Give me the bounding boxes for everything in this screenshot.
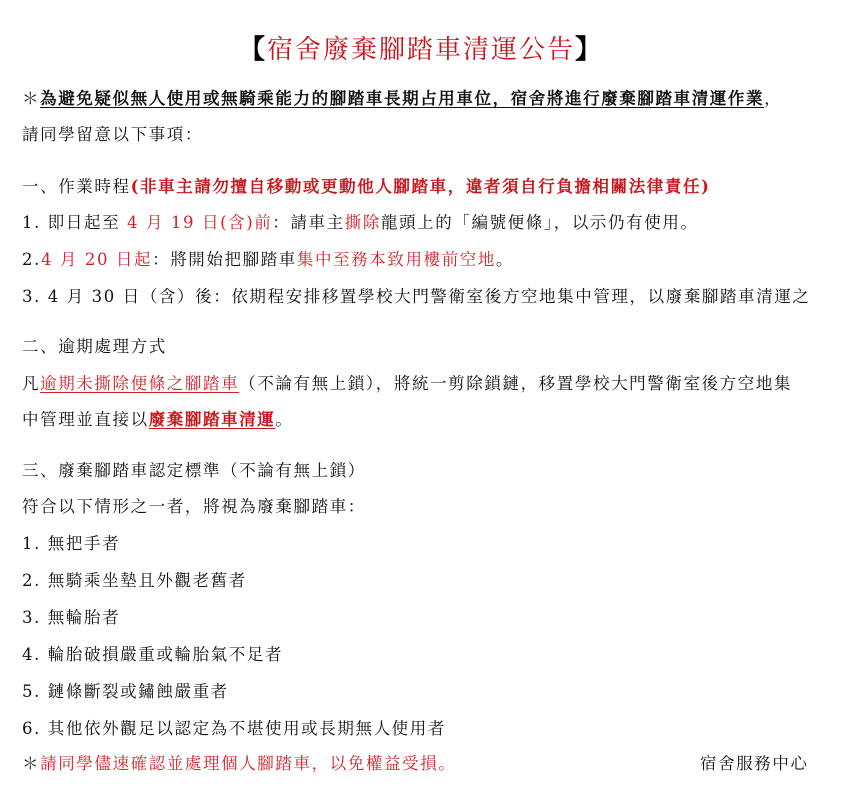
section3-heading: 三、廢棄腳踏車認定標準（不論有無上鎖） — [22, 460, 366, 482]
page-title: 【宿舍廢棄腳踏車清運公告】 — [0, 32, 842, 68]
start-date: 4 月 20 日起 — [41, 250, 152, 269]
item-text: ：請車主 — [272, 213, 344, 232]
signature: 宿舍服務中心 — [700, 753, 809, 775]
section1-warning: (非車主請勿擅自移動或更動他人腳踏車，違者須自行負擔相關法律責任) — [131, 177, 711, 196]
section2-paragraph-line-1: 凡逾期未撕除便條之腳踏車（不論有無上鎖），將統一剪除鎖鏈，移置學校大門警衛室後方… — [22, 373, 792, 395]
section2-paragraph-line-2: 中管理並直接以廢棄腳踏車清運。 — [22, 409, 294, 431]
title-close-bracket: 】 — [575, 35, 603, 65]
item-text: 2. — [22, 250, 41, 269]
schedule-item-2: 2.4 月 20 日起：將開始把腳踏車集中至務本致用樓前空地。 — [22, 249, 514, 271]
footer-notice: ＊請同學儘速確認並處理個人腳踏車，以免權益受損。 — [22, 753, 456, 775]
title-text: 宿舍廢棄腳踏車清運公告 — [267, 35, 575, 65]
section1-title: 一、作業時程 — [22, 177, 131, 196]
section1-heading: 一、作業時程(非車主請勿擅自移動或更動他人腳踏車，違者須自行負擔相關法律責任) — [22, 176, 711, 198]
star-bullet: ＊ — [22, 89, 40, 108]
footer-notice-text: 請同學儘速確認並處理個人腳踏車，以免權益受損。 — [40, 754, 456, 773]
criteria-item-6: 6. 其他依外觀足以認定為不堪使用或長期無人使用者 — [22, 718, 446, 740]
criteria-item-1: 1. 無把手者 — [22, 533, 120, 555]
intro-line-2: 請同學留意以下事項： — [22, 124, 203, 146]
schedule-item-1: 1. 即日起至 4 月 19 日(含)前：請車主撕除龍頭上的「編號便條」，以示仍… — [22, 212, 699, 234]
disposal-highlight: 廢棄腳踏車清運 — [149, 410, 276, 429]
intro-emphasis: 為避免疑似無人使用或無騎乘能力的腳踏車長期占用車位，宿舍將進行廢棄腳踏車清運作業 — [40, 89, 764, 108]
intro-tail: ， — [764, 89, 782, 108]
star-bullet: ＊ — [22, 754, 40, 773]
item-text: 龍頭上的「編號便條」，以示仍有使用。 — [381, 213, 699, 232]
overdue-highlight: 逾期未撕除便條之腳踏車 — [40, 374, 239, 393]
intro-line-1: ＊為避免疑似無人使用或無騎乘能力的腳踏車長期占用車位，宿舍將進行廢棄腳踏車清運作… — [22, 88, 782, 110]
section3-intro: 符合以下情形之一者，將視為廢棄腳踏車： — [22, 496, 366, 518]
item-text: 。 — [496, 250, 514, 269]
paragraph-text: 中管理並直接以 — [22, 410, 149, 429]
location-highlight: 集中至務本致用樓前空地 — [297, 250, 496, 269]
item-text: 1. 即日起至 — [22, 213, 127, 232]
criteria-item-2: 2. 無騎乘坐墊且外觀老舊者 — [22, 570, 247, 592]
action-highlight: 撕除 — [345, 213, 381, 232]
criteria-item-3: 3. 無輪胎者 — [22, 607, 120, 629]
section2-heading: 二、逾期處理方式 — [22, 336, 167, 358]
criteria-item-4: 4. 輪胎破損嚴重或輪胎氣不足者 — [22, 644, 283, 666]
item-text: ：將開始把腳踏車 — [152, 250, 297, 269]
deadline-date: 4 月 19 日(含)前 — [127, 213, 272, 232]
title-open-bracket: 【 — [239, 35, 267, 65]
criteria-item-5: 5. 鏈條斷裂或鏽蝕嚴重者 — [22, 681, 229, 703]
paragraph-text: 凡 — [22, 374, 40, 393]
paragraph-text: （不論有無上鎖），將統一剪除鎖鏈，移置學校大門警衛室後方空地集 — [239, 374, 792, 393]
paragraph-text: 。 — [275, 410, 293, 429]
schedule-item-3: 3. 4 月 30 日（含）後：依期程安排移置學校大門警衛室後方空地集中管理，以… — [22, 286, 811, 308]
